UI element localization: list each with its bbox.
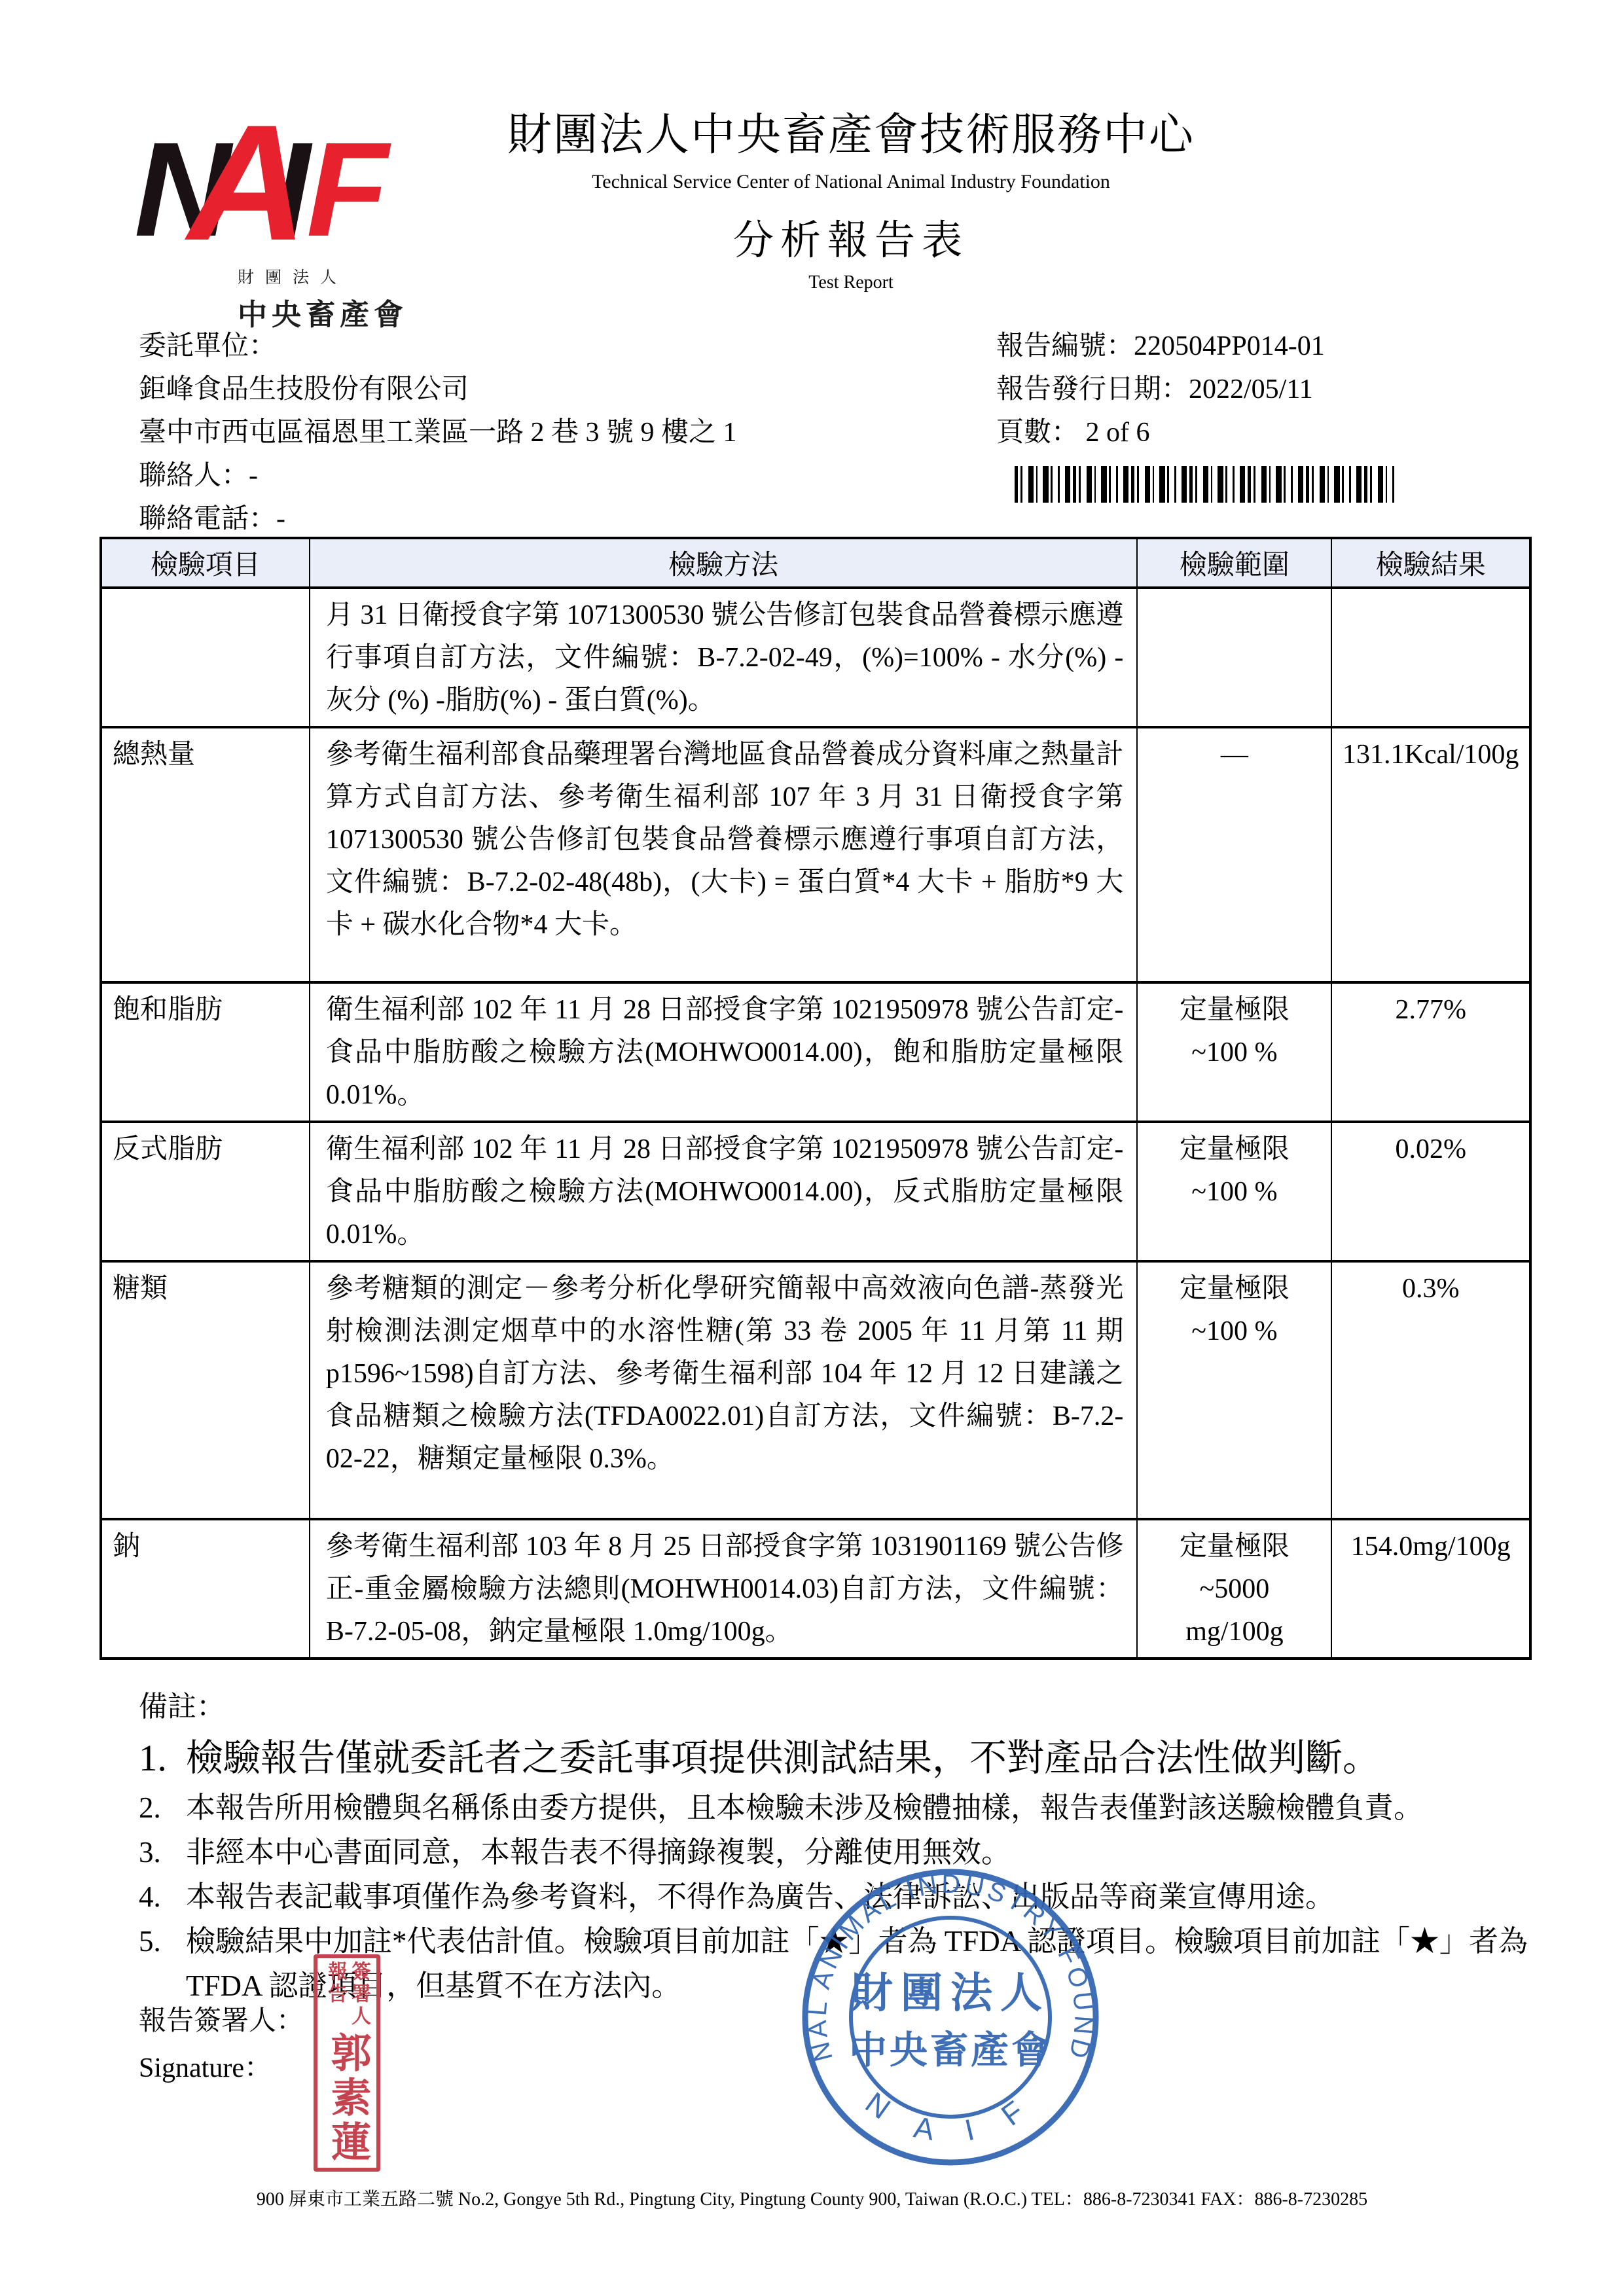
note-number: 3. xyxy=(139,1830,186,1874)
note-number: 1. xyxy=(139,1732,186,1785)
cell-item: 鈉 xyxy=(101,1519,310,1659)
cell-item: 飽和脂肪 xyxy=(101,982,310,1122)
note-text: 檢驗報告僅就委託者之委託事項提供測試結果，不對產品合法性做判斷。 xyxy=(186,1732,1380,1785)
note-number: 4. xyxy=(139,1874,186,1919)
cell-range: 定量極限 ~100 % xyxy=(1137,982,1331,1122)
red-stamp-title: 報告 簽署人 xyxy=(325,1961,369,2028)
table-row: 月 31 日衛授食字第 1071300530 號公告修訂包裝食品營養標示應遵行事… xyxy=(101,588,1530,727)
cell-result: 131.1Kcal/100g xyxy=(1331,727,1530,982)
report-title-zh: 分析報告表 xyxy=(406,207,1296,266)
note-item-1: 1. 檢驗報告僅就委託者之委託事項提供測試結果，不對產品合法性做判斷。 xyxy=(139,1732,1553,1785)
col-header-range: 檢驗範圍 xyxy=(1137,538,1331,588)
barcode xyxy=(1015,466,1394,503)
report-meta: 報告編號：220504PP014-01 報告發行日期：2022/05/11 頁數… xyxy=(996,325,1394,503)
naif-logo: N A I F 財團法人 中央畜產會 xyxy=(134,97,435,333)
logo-letter-a: A xyxy=(188,101,307,266)
cell-method: 月 31 日衛授食字第 1071300530 號公告修訂包裝食品營養標示應遵行事… xyxy=(310,588,1138,727)
col-header-result: 檢驗結果 xyxy=(1331,538,1530,588)
footer-address: 900 屏東市工業五路二號 No.2, Gongye 5th Rd., Ping… xyxy=(0,2185,1624,2211)
org-title-zh: 財團法人中央畜產會技術服務中心 xyxy=(406,99,1296,163)
client-phone: 聯絡電話：- xyxy=(139,497,737,541)
table-row: 總熱量 參考衛生福利部食品藥理署台灣地區食品營養成分資料庫之熱量計算方式自訂方法… xyxy=(101,727,1530,982)
cell-range: 定量極限 ~5000 mg/100g xyxy=(1137,1519,1331,1659)
foundation-blue-stamp: NATIONAL ANIMAL INDUSTRY FOUNDATION N A … xyxy=(800,1867,1101,2171)
org-title-en: Technical Service Center of National Ani… xyxy=(406,171,1296,193)
cell-item: 糖類 xyxy=(101,1261,310,1519)
cell-method: 衛生福利部 102 年 11 月 28 日部授食字第 1021950978 號公… xyxy=(310,1122,1138,1261)
client-info: 委託單位： 鉅峰食品生技股份有限公司 臺中市西屯區福恩里工業區一路 2 巷 3 … xyxy=(139,325,737,541)
table-row: 糖類 參考糖類的測定－參考分析化學研究簡報中高效液向色譜-蒸發光射檢測法測定烟草… xyxy=(101,1261,1530,1519)
cell-method: 參考衛生福利部食品藥理署台灣地區食品營養成分資料庫之熱量計算方式自訂方法、參考衛… xyxy=(310,727,1138,982)
cell-method: 參考衛生福利部 103 年 8 月 25 日部授食字第 1031901169 號… xyxy=(310,1519,1138,1659)
col-header-method: 檢驗方法 xyxy=(310,538,1138,588)
table-row: 鈉 參考衛生福利部 103 年 8 月 25 日部授食字第 1031901169… xyxy=(101,1519,1530,1659)
stamp-line1: 財團法人 xyxy=(851,1970,1050,2017)
client-contact: 聯絡人：- xyxy=(139,454,737,497)
signer-red-stamp: 報告 簽署人 郭素蓮 xyxy=(314,1954,380,2172)
stamp-line2: 中央畜產會 xyxy=(849,2029,1052,2072)
cell-result: 154.0mg/100g xyxy=(1331,1519,1530,1659)
table-header-row: 檢驗項目 檢驗方法 檢驗範圍 檢驗結果 xyxy=(101,538,1530,588)
table-row: 飽和脂肪 衛生福利部 102 年 11 月 28 日部授食字第 10219509… xyxy=(101,982,1530,1122)
report-number: 報告編號：220504PP014-01 xyxy=(996,325,1394,368)
test-results-table: 檢驗項目 檢驗方法 檢驗範圍 檢驗結果 月 31 日衛授食字第 10713005… xyxy=(99,537,1532,1660)
cell-item xyxy=(101,588,310,727)
note-text: 本報告所用檢體與名稱係由委方提供，且本檢驗未涉及檢體抽樣，報告表僅對該送驗檢體負… xyxy=(186,1785,1423,1830)
cell-method: 參考糖類的測定－參考分析化學研究簡報中高效液向色譜-蒸發光射檢測法測定烟草中的水… xyxy=(310,1261,1138,1519)
cell-range: — xyxy=(1137,727,1331,982)
client-company: 鉅峰食品生技股份有限公司 xyxy=(139,368,737,411)
signer-label: 報告簽署人： xyxy=(139,1998,304,2045)
col-header-item: 檢驗項目 xyxy=(101,538,310,588)
note-text: 本報告表記載事項僅作為參考資料，不得作為廣告、法律訴訟、出版品等商業宣傳用途。 xyxy=(186,1874,1335,1919)
table-row: 反式脂肪 衛生福利部 102 年 11 月 28 日部授食字第 10219509… xyxy=(101,1122,1530,1261)
cell-result: 0.02% xyxy=(1331,1122,1530,1261)
foundation-stamp-svg: NATIONAL ANIMAL INDUSTRY FOUNDATION N A … xyxy=(800,1867,1101,2168)
cell-item: 反式脂肪 xyxy=(101,1122,310,1261)
client-address: 臺中市西屯區福恩里工業區一路 2 巷 3 號 9 樓之 1 xyxy=(139,411,737,454)
cell-item: 總熱量 xyxy=(101,727,310,982)
red-stamp-name: 郭素蓮 xyxy=(327,2032,367,2165)
report-pages: 頁數： 2 of 6 xyxy=(996,411,1394,454)
stamp-naif-text: N A I F xyxy=(859,2085,1041,2149)
cell-range xyxy=(1137,588,1331,727)
logo-letter-f: F xyxy=(306,122,388,257)
client-unit-label: 委託單位： xyxy=(139,325,737,368)
red-stamp-title-right: 簽署人 xyxy=(349,1961,369,2028)
cell-result: 2.77% xyxy=(1331,982,1530,1122)
note-item-2: 2. 本報告所用檢體與名稱係由委方提供，且本檢驗未涉及檢體抽樣，報告表僅對該送驗… xyxy=(139,1785,1553,1830)
cell-range: 定量極限 ~100 % xyxy=(1137,1122,1331,1261)
cell-range: 定量極限 ~100 % xyxy=(1137,1261,1331,1519)
test-report-page: N A I F 財團法人 中央畜產會 財團法人中央畜產會技術服務中心 Techn… xyxy=(0,0,1624,2296)
report-title-en: Test Report xyxy=(406,272,1296,293)
report-issue-date: 報告發行日期：2022/05/11 xyxy=(996,368,1394,411)
cell-result: 0.3% xyxy=(1331,1261,1530,1519)
red-stamp-title-left: 報告 xyxy=(325,1961,345,2028)
title-block: 財團法人中央畜產會技術服務中心 Technical Service Center… xyxy=(406,99,1296,293)
signature-label: Signature： xyxy=(139,2045,304,2092)
cell-method: 衛生福利部 102 年 11 月 28 日部授食字第 1021950978 號公… xyxy=(310,982,1138,1122)
note-number: 2. xyxy=(139,1785,186,1830)
note-number: 5. xyxy=(139,1919,186,1964)
notes-label: 備註： xyxy=(139,1687,1553,1727)
signature-block: 報告簽署人： Signature： xyxy=(139,1998,304,2092)
naif-logo-letters: N A I F xyxy=(134,97,435,262)
cell-result xyxy=(1331,588,1530,727)
